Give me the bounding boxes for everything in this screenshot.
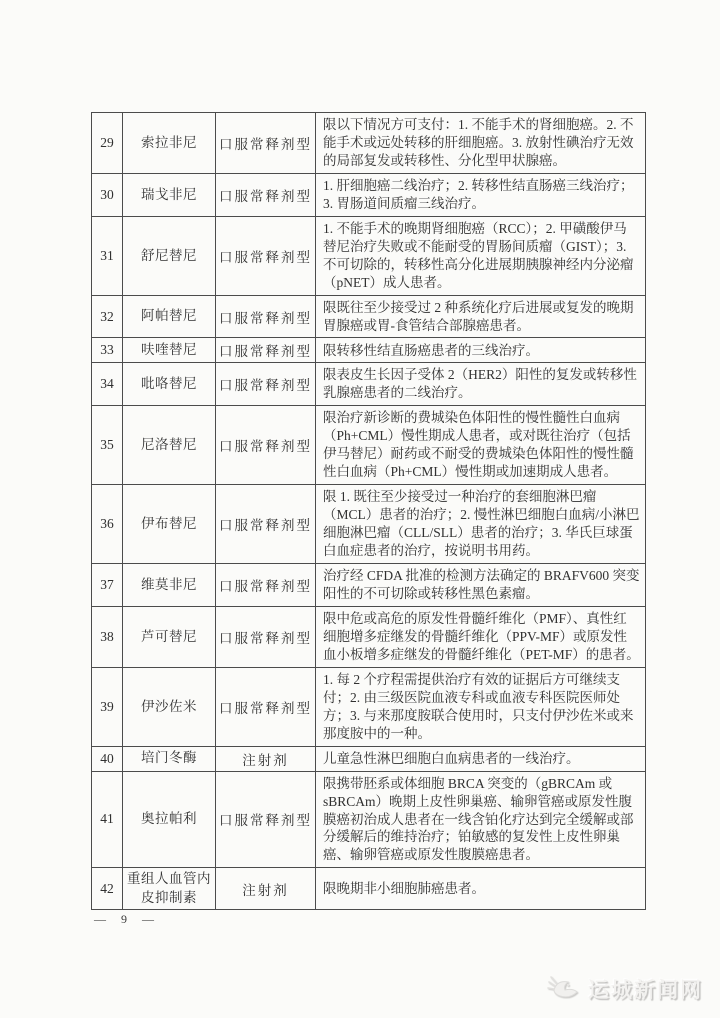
document-page: 29索拉非尼口服常释剂型限以下情况方可支付：1. 不能手术的肾细胞癌。2. 不能… [0, 0, 720, 1018]
row-number: 37 [92, 564, 123, 607]
drug-name: 伊布替尼 [123, 485, 216, 564]
dosage-form: 口服常释剂型 [216, 216, 316, 295]
restriction-text: 1. 每 2 个疗程需提供治疗有效的证据后方可继续支付；2. 由三级医院血液专科… [316, 667, 646, 746]
table-row: 33呋喹替尼口服常释剂型限转移性结直肠癌患者的三线治疗。 [92, 338, 646, 363]
dosage-form: 口服常释剂型 [216, 406, 316, 485]
table-row: 30瑞戈非尼口服常释剂型1. 肝细胞癌二线治疗；2. 转移性结直肠癌三线治疗；3… [92, 173, 646, 216]
restriction-text: 1. 肝细胞癌二线治疗；2. 转移性结直肠癌三线治疗；3. 胃肠道间质瘤三线治疗… [316, 173, 646, 216]
restriction-text: 限既往至少接受过 2 种系统化疗后进展或复发的晚期胃腺癌或胃-食管结合部腺癌患者… [316, 295, 646, 338]
restriction-text: 限治疗新诊断的费城染色体阳性的慢性髓性白血病（Ph+CML）慢性期成人患者，或对… [316, 406, 646, 485]
table-row: 31舒尼替尼口服常释剂型1. 不能手术的晚期肾细胞癌（RCC）；2. 甲磺酸伊马… [92, 216, 646, 295]
table-row: 41奥拉帕利口服常释剂型限携带胚系或体细胞 BRCA 突变的（gBRCAm 或 … [92, 771, 646, 868]
row-number: 34 [92, 363, 123, 406]
dosage-form: 口服常释剂型 [216, 113, 316, 174]
drug-name: 芦可替尼 [123, 606, 216, 667]
drug-name: 舒尼替尼 [123, 216, 216, 295]
row-number: 38 [92, 606, 123, 667]
watermark-text: 运城新闻网 [588, 974, 703, 1004]
row-number: 30 [92, 173, 123, 216]
table-row: 34吡咯替尼口服常释剂型限表皮生长因子受体 2（HER2）阳性的复发或转移性乳腺… [92, 363, 646, 406]
drug-table-body: 29索拉非尼口服常释剂型限以下情况方可支付：1. 不能手术的肾细胞癌。2. 不能… [92, 113, 646, 910]
restriction-text: 限以下情况方可支付：1. 不能手术的肾细胞癌。2. 不能手术或远处转移的肝细胞癌… [316, 113, 646, 174]
drug-name: 培门冬酶 [123, 746, 216, 771]
dosage-form: 注射剂 [216, 746, 316, 771]
dosage-form: 口服常释剂型 [216, 295, 316, 338]
row-number: 40 [92, 746, 123, 771]
table-row: 29索拉非尼口服常释剂型限以下情况方可支付：1. 不能手术的肾细胞癌。2. 不能… [92, 113, 646, 174]
dosage-form: 口服常释剂型 [216, 564, 316, 607]
drug-name: 索拉非尼 [123, 113, 216, 174]
dosage-form: 口服常释剂型 [216, 363, 316, 406]
drug-name: 奥拉帕利 [123, 771, 216, 868]
restriction-text: 限晚期非小细胞肺癌患者。 [316, 868, 646, 909]
drug-name: 维莫非尼 [123, 564, 216, 607]
restriction-text: 治疗经 CFDA 批准的检测方法确定的 BRAFV600 突变阳性的不可切除或转… [316, 564, 646, 607]
table-row: 35尼洛替尼口服常释剂型限治疗新诊断的费城染色体阳性的慢性髓性白血病（Ph+CM… [92, 406, 646, 485]
restriction-text: 限转移性结直肠癌患者的三线治疗。 [316, 338, 646, 363]
restriction-text: 限携带胚系或体细胞 BRCA 突变的（gBRCAm 或 sBRCAm）晚期上皮性… [316, 771, 646, 868]
page-number: — 9 — [94, 912, 160, 927]
drug-name: 呋喹替尼 [123, 338, 216, 363]
dosage-form: 口服常释剂型 [216, 606, 316, 667]
drug-name: 重组人血管内皮抑制素 [123, 868, 216, 909]
table-row: 32阿帕替尼口服常释剂型限既往至少接受过 2 种系统化疗后进展或复发的晚期胃腺癌… [92, 295, 646, 338]
dosage-form: 口服常释剂型 [216, 485, 316, 564]
dosage-form: 口服常释剂型 [216, 173, 316, 216]
restriction-text: 1. 不能手术的晚期肾细胞癌（RCC）；2. 甲磺酸伊马替尼治疗失败或不能耐受的… [316, 216, 646, 295]
dosage-form: 口服常释剂型 [216, 338, 316, 363]
row-number: 39 [92, 667, 123, 746]
row-number: 33 [92, 338, 123, 363]
row-number: 32 [92, 295, 123, 338]
restriction-text: 儿童急性淋巴细胞白血病患者的一线治疗。 [316, 746, 646, 771]
row-number: 29 [92, 113, 123, 174]
drug-name: 吡咯替尼 [123, 363, 216, 406]
dosage-form: 口服常释剂型 [216, 771, 316, 868]
table-row: 39伊沙佐米口服常释剂型1. 每 2 个疗程需提供治疗有效的证据后方可继续支付；… [92, 667, 646, 746]
row-number: 42 [92, 868, 123, 909]
drug-restriction-table: 29索拉非尼口服常释剂型限以下情况方可支付：1. 不能手术的肾细胞癌。2. 不能… [91, 112, 646, 910]
row-number: 36 [92, 485, 123, 564]
drug-name: 瑞戈非尼 [123, 173, 216, 216]
drug-name: 尼洛替尼 [123, 406, 216, 485]
restriction-text: 限 1. 既往至少接受过一种治疗的套细胞淋巴瘤（MCL）患者的治疗；2. 慢性淋… [316, 485, 646, 564]
drug-name: 伊沙佐米 [123, 667, 216, 746]
dosage-form: 口服常释剂型 [216, 667, 316, 746]
table-row: 37维莫非尼口服常释剂型治疗经 CFDA 批准的检测方法确定的 BRAFV600… [92, 564, 646, 607]
restriction-text: 限中危或高危的原发性骨髓纤维化（PMF）、真性红细胞增多症继发的骨髓纤维化（PP… [316, 606, 646, 667]
watermark: 运城新闻网 [547, 974, 703, 1004]
table-row: 38芦可替尼口服常释剂型限中危或高危的原发性骨髓纤维化（PMF）、真性红细胞增多… [92, 606, 646, 667]
dove-logo-icon [547, 975, 581, 1003]
row-number: 31 [92, 216, 123, 295]
row-number: 41 [92, 771, 123, 868]
row-number: 35 [92, 406, 123, 485]
dosage-form: 注射剂 [216, 868, 316, 909]
table-row: 42重组人血管内皮抑制素注射剂限晚期非小细胞肺癌患者。 [92, 868, 646, 909]
table-row: 40培门冬酶注射剂儿童急性淋巴细胞白血病患者的一线治疗。 [92, 746, 646, 771]
drug-name: 阿帕替尼 [123, 295, 216, 338]
restriction-text: 限表皮生长因子受体 2（HER2）阳性的复发或转移性乳腺癌患者的二线治疗。 [316, 363, 646, 406]
table-row: 36伊布替尼口服常释剂型限 1. 既往至少接受过一种治疗的套细胞淋巴瘤（MCL）… [92, 485, 646, 564]
